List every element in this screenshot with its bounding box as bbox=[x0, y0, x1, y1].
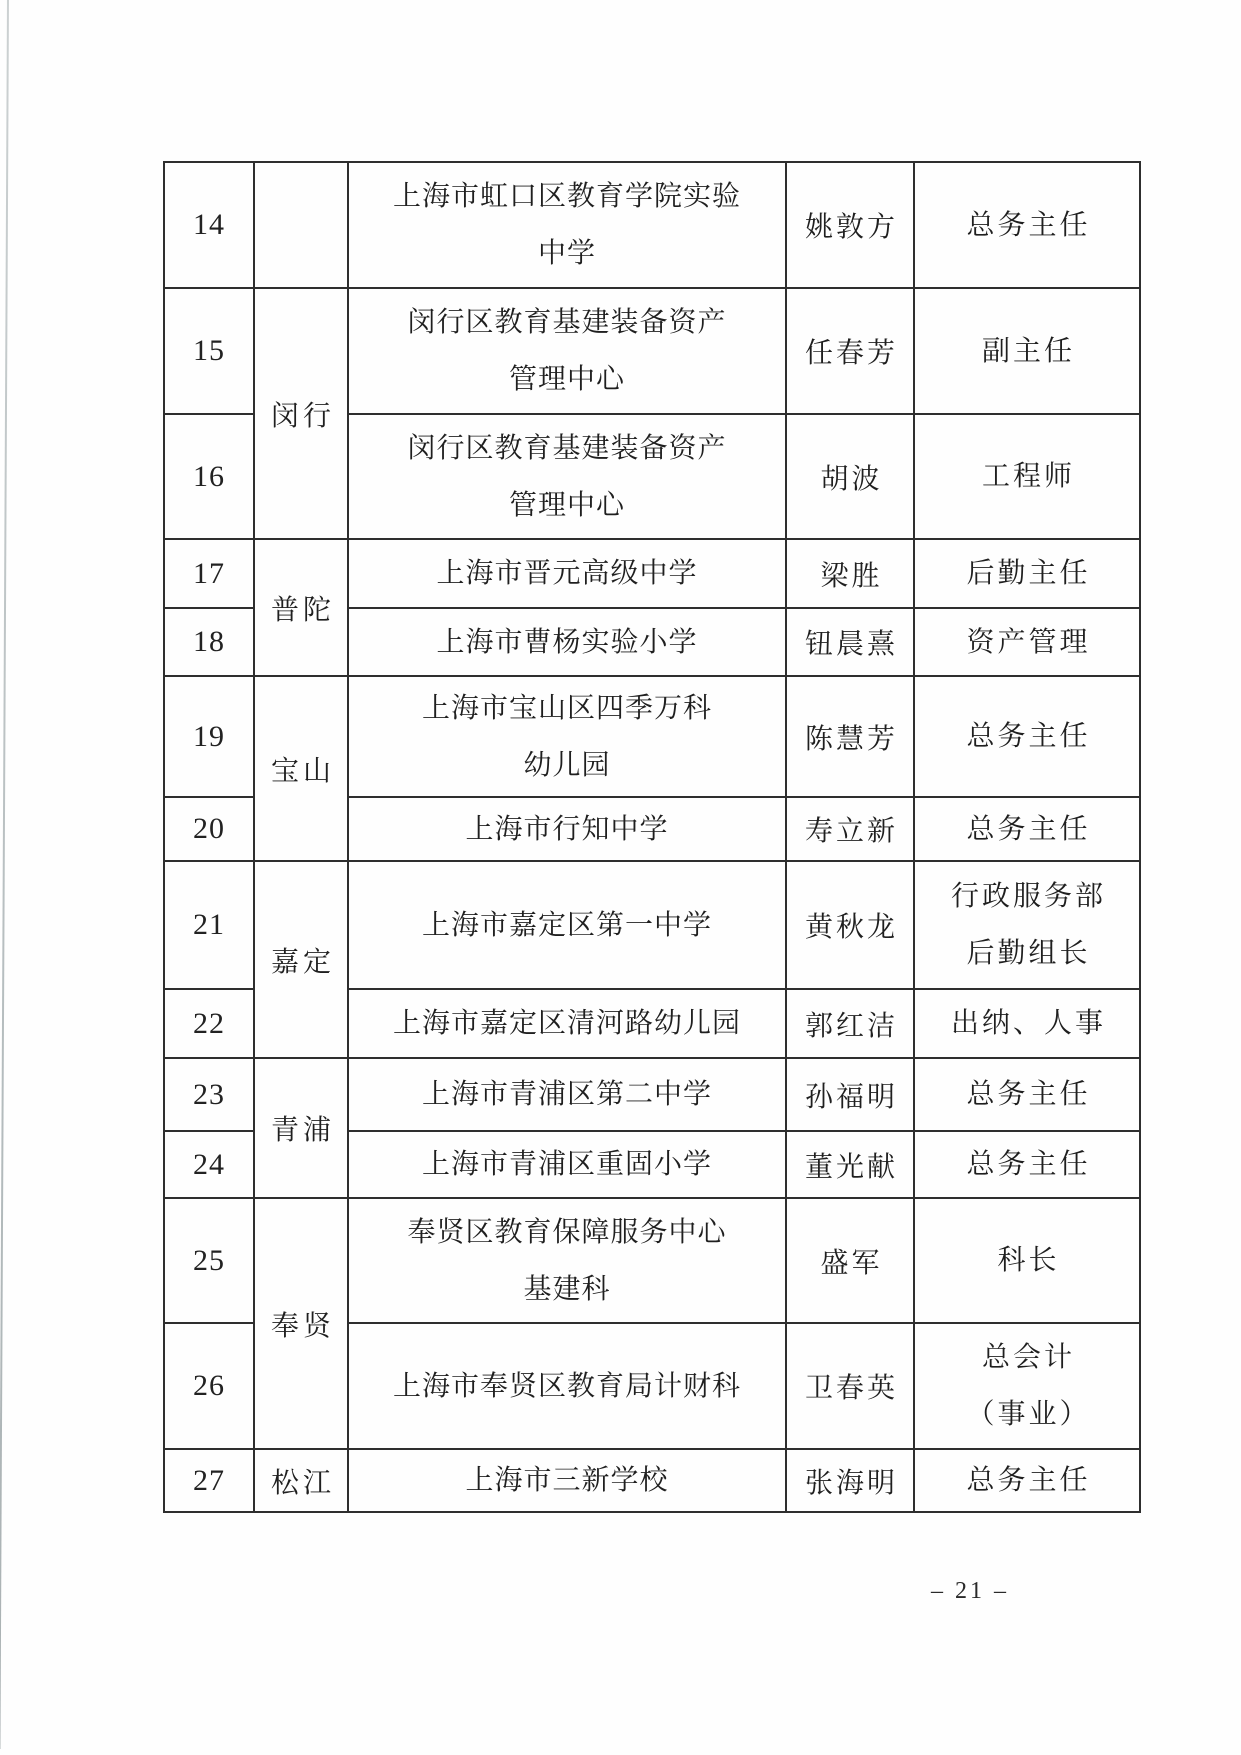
job-title-line: 总务主任 bbox=[915, 801, 1139, 858]
row-number-cell: 25 bbox=[164, 1198, 254, 1323]
person-name-cell: 孙福明 bbox=[786, 1058, 914, 1131]
district-cell: 青浦 bbox=[254, 1058, 348, 1198]
row-number-cell: 16 bbox=[164, 414, 254, 539]
row-number-cell: 17 bbox=[164, 539, 254, 608]
row-number-cell: 20 bbox=[164, 797, 254, 861]
school-name-line: 上海市曹杨实验小学 bbox=[349, 614, 785, 671]
job-title-line: 总务主任 bbox=[915, 197, 1139, 254]
person-name-cell: 钮晨熹 bbox=[786, 608, 914, 676]
table-row: 25奉贤奉贤区教育保障服务中心基建科盛军科长 bbox=[164, 1198, 1140, 1323]
table-row: 17普陀上海市晋元高级中学梁胜后勤主任 bbox=[164, 539, 1140, 608]
district-cell: 闵行 bbox=[254, 288, 348, 539]
row-number-cell: 19 bbox=[164, 676, 254, 797]
district-cell: 宝山 bbox=[254, 676, 348, 861]
job-title-cell: 总务主任 bbox=[914, 1058, 1140, 1131]
job-title-cell: 副主任 bbox=[914, 288, 1140, 414]
job-title-line: 科长 bbox=[915, 1232, 1139, 1289]
job-title-cell: 后勤主任 bbox=[914, 539, 1140, 608]
job-title-cell: 科长 bbox=[914, 1198, 1140, 1323]
job-title-cell: 总务主任 bbox=[914, 162, 1140, 288]
school-cell: 上海市晋元高级中学 bbox=[348, 539, 786, 608]
job-title-line: 副主任 bbox=[915, 323, 1139, 380]
school-name-line: 上海市青浦区重固小学 bbox=[349, 1136, 785, 1193]
roster-table-body: 14上海市虹口区教育学院实验中学姚敦方总务主任15闵行闵行区教育基建装备资产管理… bbox=[164, 162, 1140, 1512]
person-name-cell: 寿立新 bbox=[786, 797, 914, 861]
table-row: 21嘉定上海市嘉定区第一中学黄秋龙行政服务部后勤组长 bbox=[164, 861, 1140, 989]
school-name-line: 上海市嘉定区清河路幼儿园 bbox=[349, 995, 785, 1052]
school-name-line: 管理中心 bbox=[349, 351, 785, 408]
school-cell: 上海市三新学校 bbox=[348, 1449, 786, 1512]
school-name-line: 闵行区教育基建装备资产 bbox=[349, 420, 785, 477]
person-name-cell: 张海明 bbox=[786, 1449, 914, 1512]
job-title-line: 总务主任 bbox=[915, 1066, 1139, 1123]
table-row: 23青浦上海市青浦区第二中学孙福明总务主任 bbox=[164, 1058, 1140, 1131]
school-cell: 上海市嘉定区第一中学 bbox=[348, 861, 786, 989]
school-name-line: 上海市奉贤区教育局计财科 bbox=[349, 1358, 785, 1415]
school-cell: 上海市青浦区重固小学 bbox=[348, 1131, 786, 1198]
person-name-cell: 卫春英 bbox=[786, 1323, 914, 1449]
job-title-line: （事业） bbox=[915, 1386, 1139, 1443]
school-name-line: 上海市宝山区四季万科 bbox=[349, 680, 785, 737]
roster-table: 14上海市虹口区教育学院实验中学姚敦方总务主任15闵行闵行区教育基建装备资产管理… bbox=[163, 161, 1141, 1513]
school-cell: 上海市奉贤区教育局计财科 bbox=[348, 1323, 786, 1449]
person-name-cell: 董光献 bbox=[786, 1131, 914, 1198]
district-cell: 奉贤 bbox=[254, 1198, 348, 1449]
school-name-line: 奉贤区教育保障服务中心 bbox=[349, 1204, 785, 1261]
school-name-line: 基建科 bbox=[349, 1261, 785, 1318]
person-name-cell: 盛军 bbox=[786, 1198, 914, 1323]
person-name-cell: 任春芳 bbox=[786, 288, 914, 414]
school-name-line: 管理中心 bbox=[349, 477, 785, 534]
job-title-line: 总务主任 bbox=[915, 1136, 1139, 1193]
table-row: 15闵行闵行区教育基建装备资产管理中心任春芳副主任 bbox=[164, 288, 1140, 414]
job-title-cell: 工程师 bbox=[914, 414, 1140, 539]
school-name-line: 中学 bbox=[349, 225, 785, 282]
table-row: 19宝山上海市宝山区四季万科幼儿园陈慧芳总务主任 bbox=[164, 676, 1140, 797]
school-name-line: 上海市嘉定区第一中学 bbox=[349, 897, 785, 954]
job-title-line: 总务主任 bbox=[915, 708, 1139, 765]
scan-artifact-line bbox=[0, 0, 9, 1749]
job-title-line: 出纳、人事 bbox=[915, 995, 1139, 1052]
job-title-cell: 出纳、人事 bbox=[914, 989, 1140, 1058]
row-number-cell: 23 bbox=[164, 1058, 254, 1131]
job-title-line: 后勤主任 bbox=[915, 545, 1139, 602]
school-name-line: 幼儿园 bbox=[349, 737, 785, 794]
row-number-cell: 14 bbox=[164, 162, 254, 288]
job-title-line: 总会计 bbox=[915, 1329, 1139, 1386]
school-name-line: 上海市青浦区第二中学 bbox=[349, 1066, 785, 1123]
person-name-cell: 梁胜 bbox=[786, 539, 914, 608]
school-cell: 上海市虹口区教育学院实验中学 bbox=[348, 162, 786, 288]
school-cell: 上海市行知中学 bbox=[348, 797, 786, 861]
school-name-line: 上海市晋元高级中学 bbox=[349, 545, 785, 602]
school-cell: 闵行区教育基建装备资产管理中心 bbox=[348, 288, 786, 414]
job-title-cell: 资产管理 bbox=[914, 608, 1140, 676]
job-title-line: 后勤组长 bbox=[915, 925, 1139, 982]
job-title-cell: 总会计（事业） bbox=[914, 1323, 1140, 1449]
row-number-cell: 18 bbox=[164, 608, 254, 676]
job-title-line: 工程师 bbox=[915, 448, 1139, 505]
school-cell: 上海市曹杨实验小学 bbox=[348, 608, 786, 676]
row-number-cell: 26 bbox=[164, 1323, 254, 1449]
school-cell: 上海市嘉定区清河路幼儿园 bbox=[348, 989, 786, 1058]
school-cell: 奉贤区教育保障服务中心基建科 bbox=[348, 1198, 786, 1323]
job-title-cell: 总务主任 bbox=[914, 797, 1140, 861]
school-cell: 上海市青浦区第二中学 bbox=[348, 1058, 786, 1131]
school-name-line: 上海市虹口区教育学院实验 bbox=[349, 168, 785, 225]
job-title-cell: 总务主任 bbox=[914, 1131, 1140, 1198]
row-number-cell: 21 bbox=[164, 861, 254, 989]
row-number-cell: 15 bbox=[164, 288, 254, 414]
school-name-line: 闵行区教育基建装备资产 bbox=[349, 294, 785, 351]
school-cell: 上海市宝山区四季万科幼儿园 bbox=[348, 676, 786, 797]
district-cell: 嘉定 bbox=[254, 861, 348, 1058]
district-cell bbox=[254, 162, 348, 288]
job-title-cell: 总务主任 bbox=[914, 1449, 1140, 1512]
row-number-cell: 24 bbox=[164, 1131, 254, 1198]
person-name-cell: 胡波 bbox=[786, 414, 914, 539]
table-row: 27松江上海市三新学校张海明总务主任 bbox=[164, 1449, 1140, 1512]
job-title-cell: 总务主任 bbox=[914, 676, 1140, 797]
page-number: – 21 – bbox=[895, 1578, 1045, 1605]
school-name-line: 上海市行知中学 bbox=[349, 801, 785, 858]
job-title-line: 行政服务部 bbox=[915, 868, 1139, 925]
person-name-cell: 黄秋龙 bbox=[786, 861, 914, 989]
job-title-cell: 行政服务部后勤组长 bbox=[914, 861, 1140, 989]
table-row: 14上海市虹口区教育学院实验中学姚敦方总务主任 bbox=[164, 162, 1140, 288]
district-cell: 松江 bbox=[254, 1449, 348, 1512]
row-number-cell: 27 bbox=[164, 1449, 254, 1512]
person-name-cell: 姚敦方 bbox=[786, 162, 914, 288]
district-cell: 普陀 bbox=[254, 539, 348, 676]
job-title-line: 资产管理 bbox=[915, 614, 1139, 671]
school-cell: 闵行区教育基建装备资产管理中心 bbox=[348, 414, 786, 539]
row-number-cell: 22 bbox=[164, 989, 254, 1058]
school-name-line: 上海市三新学校 bbox=[349, 1452, 785, 1509]
job-title-line: 总务主任 bbox=[915, 1452, 1139, 1509]
person-name-cell: 陈慧芳 bbox=[786, 676, 914, 797]
person-name-cell: 郭红洁 bbox=[786, 989, 914, 1058]
